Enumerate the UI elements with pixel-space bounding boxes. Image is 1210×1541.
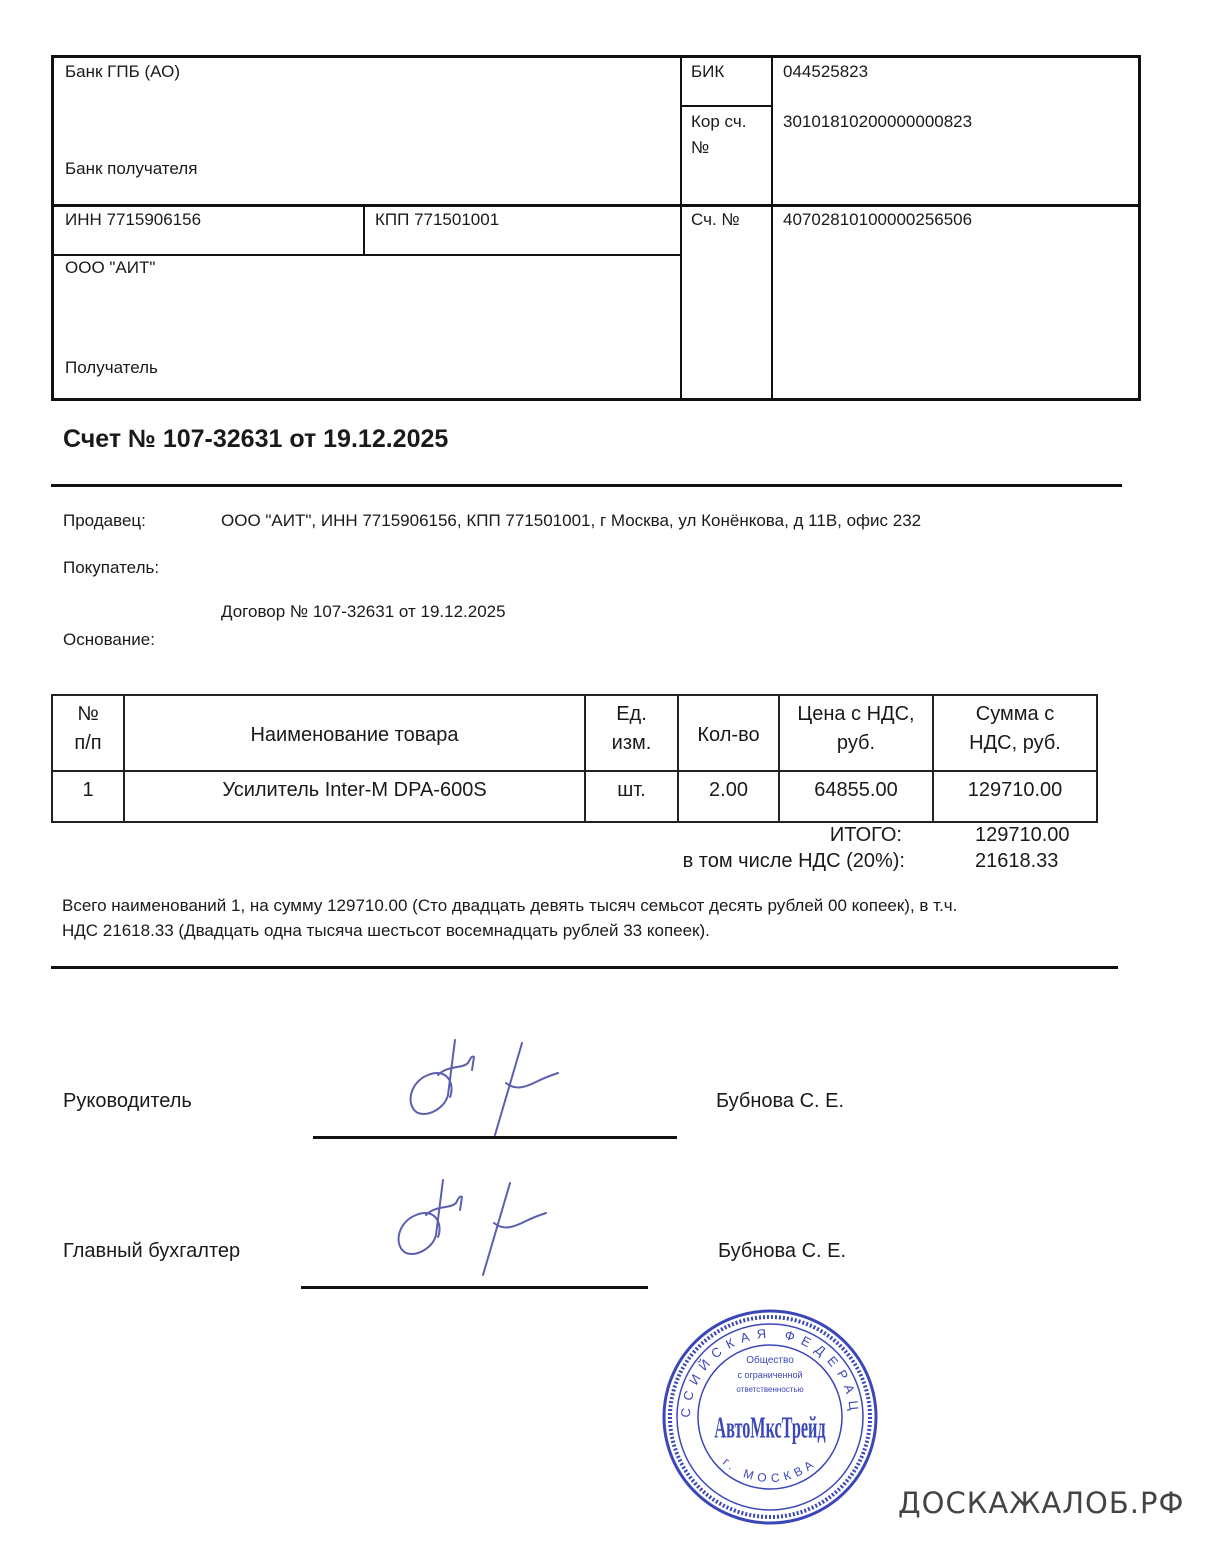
cell-sum: 129710.00 [933,771,1097,822]
invoice-title: Счет № 107-32631 от 19.12.2025 [63,425,448,454]
divider [54,204,1141,207]
table-row: 1 Усилитель Inter-M DPA-600S шт. 2.00 64… [52,771,1097,822]
corr-account-label-num: № [691,138,709,158]
recipient-name: ООО "АИТ" [65,258,155,278]
col-header-sum-line2: НДС, руб. [969,732,1061,754]
col-header-unit: Ед. изм. [585,695,678,771]
total-value: 129710.00 [975,824,1070,847]
company-stamp-icon: РОССИЙСКАЯ ФЕДЕРАЦИЯ г. МОСКВА Общество … [660,1308,880,1526]
total-label: ИТОГО: [600,824,902,847]
col-header-name: Наименование товара [124,695,585,771]
col-header-number: № п/п [52,695,124,771]
stamp-company: АвтоМксТрейд [714,1411,825,1445]
seller-label: Продавец: [63,511,146,531]
col-header-number-line2: п/п [74,732,101,754]
col-header-price: Цена с НДС, руб. [779,695,933,771]
stamp-line-3: ответственностью [736,1385,803,1394]
cell-unit: шт. [585,771,678,822]
bank-label: Банк получателя [65,159,197,179]
table-header-row: № п/п Наименование товара Ед. изм. Кол-в… [52,695,1097,771]
bank-requisites-box: Банк ГПБ (АО) Банк получателя БИК 044525… [51,55,1141,401]
accountant-label: Главный бухгалтер [63,1240,240,1263]
accountant-signature-icon [388,1175,558,1280]
vat-value: 21618.33 [975,850,1058,873]
cell-price: 64855.00 [779,771,933,822]
items-table: № п/п Наименование товара Ед. изм. Кол-в… [51,694,1098,823]
inn-value: ИНН 7715906156 [65,210,201,230]
director-name: Бубнова С. Е. [716,1090,844,1113]
director-signature-icon [400,1035,570,1140]
divider [54,254,680,256]
cell-name: Усилитель Inter-M DPA-600S [124,771,585,822]
kpp-value: КПП 771501001 [375,210,499,230]
director-label: Руководитель [63,1090,192,1113]
watermark: ДОСКАЖАЛОБ.РФ [898,1486,1184,1520]
col-header-qty: Кол-во [678,695,779,771]
col-header-number-line1: № [77,703,98,725]
summary-line-2: НДС 21618.33 (Двадцать одна тысяча шесть… [62,921,710,941]
accountant-signature-line [301,1286,648,1289]
col-header-unit-line2: изм. [612,732,652,754]
divider [771,58,773,401]
divider [680,105,771,107]
corr-account-label: Кор сч. [691,112,746,132]
summary-line-1: Всего наименований 1, на сумму 129710.00… [62,896,957,916]
corr-account-value: 30101810200000000823 [783,112,972,132]
accountant-name: Бубнова С. Е. [718,1240,846,1263]
stamp-line-2: с ограниченной [738,1370,803,1380]
col-header-price-line2: руб. [837,732,875,754]
cell-number: 1 [52,771,124,822]
bik-value: 044525823 [783,62,868,82]
stamp-line-1: Общество [746,1354,794,1366]
col-header-sum-line1: Сумма с [976,703,1054,725]
basis-value: Договор № 107-32631 от 19.12.2025 [221,602,506,622]
col-header-sum: Сумма с НДС, руб. [933,695,1097,771]
bank-name: Банк ГПБ (АО) [65,62,180,82]
col-header-unit-line1: Ед. [616,703,647,725]
seller-value: ООО "АИТ", ИНН 7715906156, КПП 771501001… [221,511,921,531]
account-value: 40702810100000256506 [783,210,972,230]
vat-label: в том числе НДС (20%): [600,850,905,873]
title-divider [51,484,1122,487]
buyer-label: Покупатель: [63,558,159,578]
divider [680,58,682,401]
basis-label: Основание: [63,630,155,650]
col-header-price-line1: Цена с НДС, [797,703,914,725]
cell-qty: 2.00 [678,771,779,822]
divider [363,206,365,256]
bik-label: БИК [691,62,724,82]
account-label: Сч. № [691,210,740,230]
recipient-label: Получатель [65,358,158,378]
summary-divider [51,966,1118,969]
